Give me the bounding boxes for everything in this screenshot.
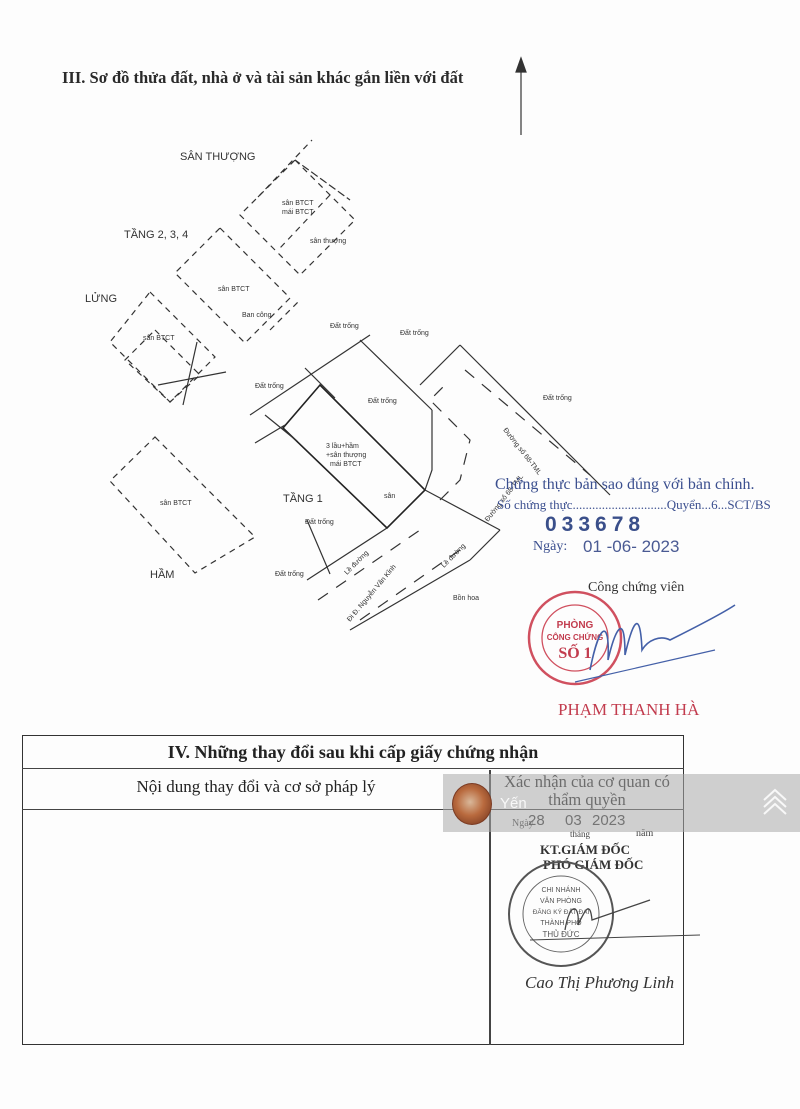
brand-logo-icon [758,786,792,820]
svg-text:Đường số 68-TML: Đường số 68-TML [501,426,544,477]
svg-text:sân: sân [384,493,395,500]
svg-text:Đất trống: Đất trống [330,321,359,330]
certification-line-1: Chứng thực bản sao đúng với bản chính. [495,476,755,494]
svg-text:sân BTCT: sân BTCT [143,335,175,342]
cert-no-label: Số chứng thực [497,497,572,512]
svg-text:Bồn hoa: Bồn hoa [453,593,479,602]
svg-text:Lề đường: Lề đường [439,541,467,569]
section-4-title: IV. Những thay đổi sau khi cấp giấy chứn… [22,735,684,769]
official-signer-name: Cao Thị Phương Linh [525,973,674,993]
svg-text:Đất trống: Đất trống [400,328,429,337]
svg-text:sân BTCT: sân BTCT [282,200,314,207]
svg-text:Lề đường: Lề đường [342,548,370,576]
floor-label-ham: HẦM [150,568,174,581]
certification-line-2: Số chứng thực...........................… [497,497,771,513]
svg-text:+sân thượng: +sân thượng [326,452,366,459]
floor-label-san-thuong: SÂN THƯỢNG [180,150,255,163]
svg-text:Ban công: Ban công [242,312,272,319]
svg-text:Đất trống: Đất trống [543,393,572,402]
watermark-avatar[interactable] [452,783,492,825]
certification-date-label: Ngày: [533,539,567,555]
col-header-changes: Nội dung thay đổi và cơ sở pháp lý [22,770,490,810]
north-arrow-icon [516,58,526,135]
svg-text:Đất trống: Đất trống [255,381,284,390]
notary-signature-icon [570,600,740,690]
floor-label-lung: LỬNG [85,292,117,305]
notary-signer-name: PHẠM THANH HÀ [558,700,699,720]
watermark-bar [443,774,800,832]
svg-text:mái BTCT: mái BTCT [282,209,314,216]
svg-text:sân BTCT: sân BTCT [218,286,250,293]
svg-text:sân BTCT: sân BTCT [160,500,192,507]
floor-label-tang-234: TẦNG 2, 3, 4 [124,228,188,241]
cert-suffix: SCT/BS [727,497,770,512]
watermark-user-name: Yến [500,795,527,812]
certification-number: 033678 [545,513,645,537]
svg-text:3 lầu+hầm: 3 lầu+hầm [326,441,359,450]
svg-text:Đất trống: Đất trống [368,396,397,405]
svg-text:sân thượng: sân thượng [310,238,346,245]
svg-text:mái BTCT: mái BTCT [330,461,362,468]
svg-text:Đất trống: Đất trống [275,569,304,578]
cert-book-label: Quyển [667,497,702,512]
floor-label-tang-1: TẦNG 1 [283,492,323,505]
official-signature-icon [530,880,700,950]
svg-text:Đất trống: Đất trống [305,517,334,526]
certification-date: 01 -06- 2023 [583,537,679,557]
confirm-title-1: KT.GIÁM ĐỐC [540,842,630,858]
